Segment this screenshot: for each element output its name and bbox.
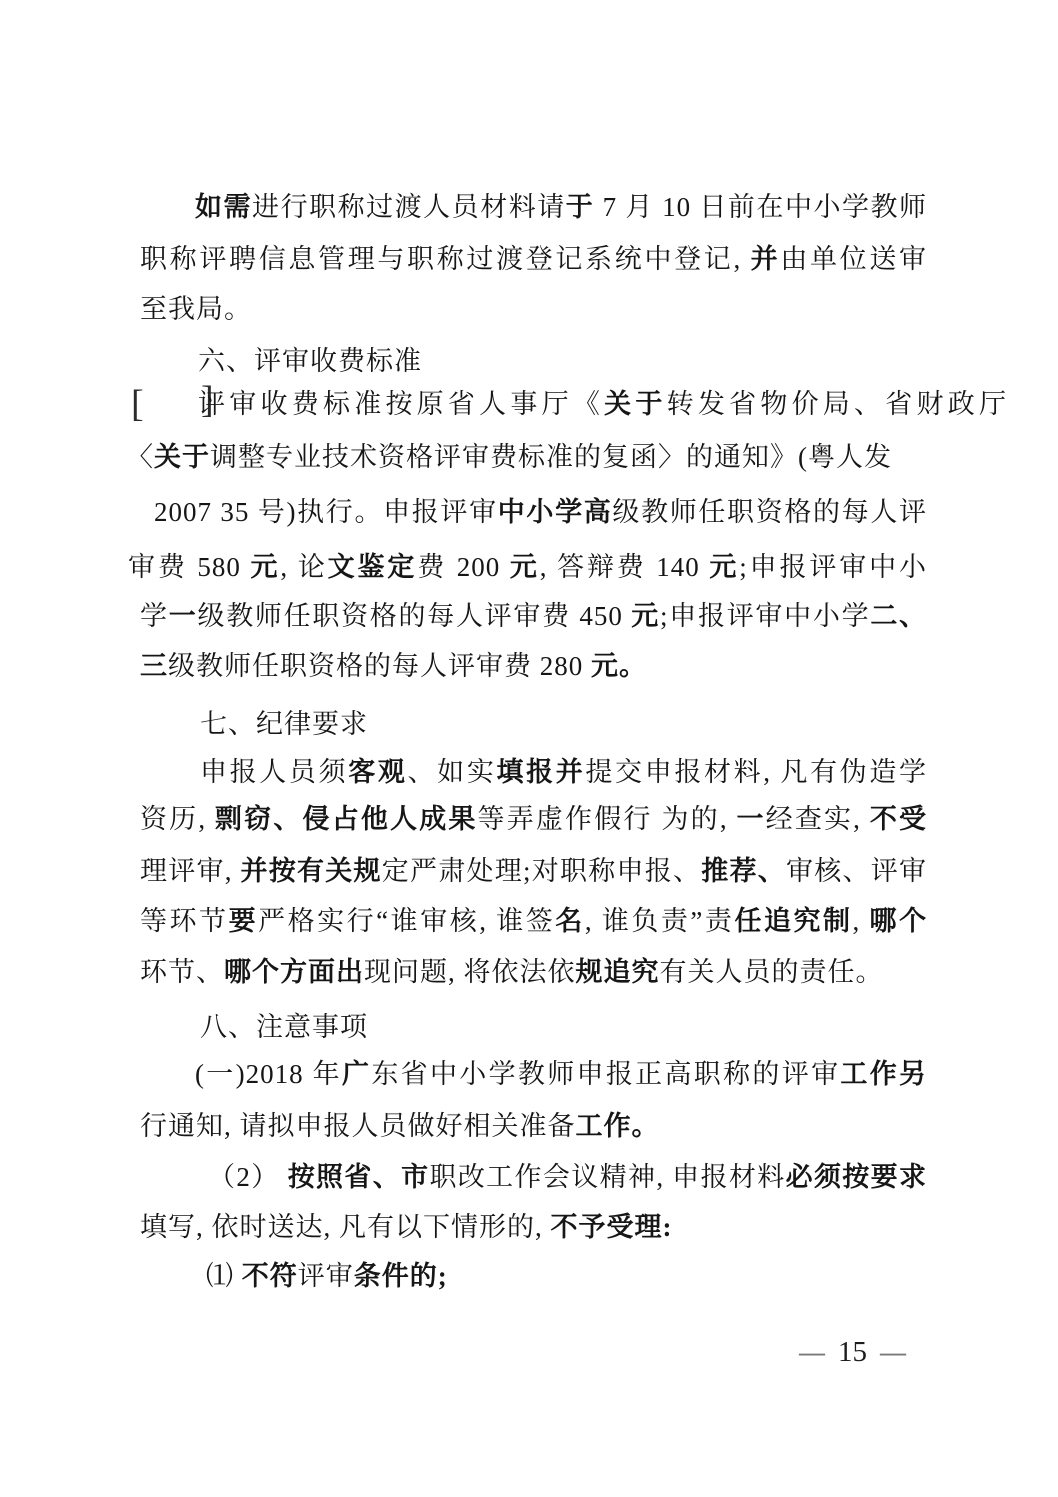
- document-page: 如需进行职称过渡人员材料请于 7 月 10 日前在中小学教师 职称评聘信息管理与…: [0, 0, 1058, 1497]
- section-heading-discipline: 七、纪律要求: [140, 704, 927, 748]
- section-heading-fees: 六、评审收费标准: [140, 341, 927, 385]
- paragraph-line: 评审收费标准按原省人事厅《关于转发省物价局、省财政厅: [140, 384, 1007, 428]
- footer-dash-left: —: [799, 1338, 825, 1367]
- list-item-line: （2） 按照省、市职改工作会议精神, 申报材料必须按要求: [140, 1157, 927, 1201]
- paragraph-line: 申报人员须客观、如实填报并提交申报材料, 凡有伪造学历、: [140, 752, 927, 796]
- section-heading-notes: 八、注意事项: [140, 1007, 927, 1051]
- footer-dash-right: —: [880, 1338, 906, 1367]
- paragraph-line: 理评审, 并按有关规定严肃处理;对职称申报、推荐、审核、评审: [140, 851, 927, 895]
- paragraph-line: 等环节要严格实行“谁审核, 谁签名, 谁负责”责任追究制, 哪个: [140, 901, 927, 945]
- paragraph-line: 资历, 剽窃、侵占他人成果等弄虚作假行 为的, 一经查实, 不受: [140, 799, 927, 843]
- paragraph-line: 至我局。: [140, 289, 927, 333]
- list-item-line: ⑴ 不符评审条件的;: [140, 1256, 927, 1300]
- page-number: 15: [838, 1336, 867, 1369]
- page-footer: — 15 —: [799, 1336, 906, 1369]
- paragraph-line: 如需进行职称过渡人员材料请于 7 月 10 日前在中小学教师: [140, 187, 927, 231]
- paragraph-line: 环节、哪个方面出现问题, 将依法依规追究有关人员的责任。: [140, 952, 927, 996]
- paragraph-line: 填写, 依时送达, 凡有以下情形的, 不予受理:: [140, 1207, 927, 1251]
- paragraph-line: 〈关于调整专业技术资格评审费标准的复函〉的通知》(粤人发: [126, 437, 913, 481]
- paragraph-line: 学一级教师任职资格的每人评审费 450 元;申报评审中小学二、: [140, 596, 927, 640]
- paragraph-line: (一)2018 年广东省中小学教师申报正高职称的评审工作另: [140, 1054, 927, 1098]
- paragraph-line: 审费 580 元, 论文鉴定费 200 元, 答辩费 140 元;申报评审中小: [128, 547, 927, 591]
- paragraph-line: 2007 35 号)执行。申报评审中小学高级教师任职资格的每人评: [140, 492, 927, 536]
- paragraph-line: 行通知, 请拟申报人员做好相关准备工作。: [140, 1106, 927, 1150]
- paragraph-line: 职称评聘信息管理与职称过渡登记系统中登记, 并由单位送审: [140, 239, 927, 283]
- paragraph-line: 三级教师任职资格的每人评审费 280 元。: [140, 646, 927, 690]
